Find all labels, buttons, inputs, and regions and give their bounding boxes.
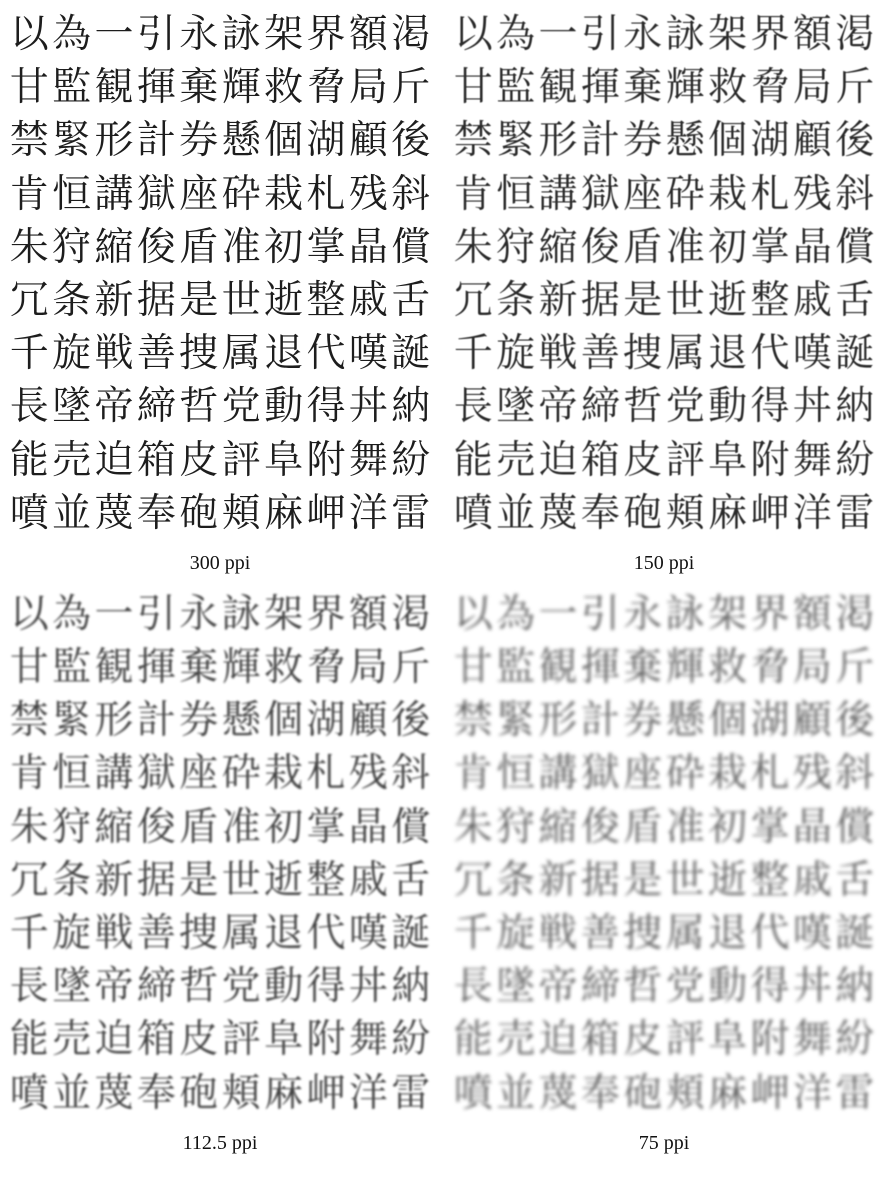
kanji-glyph: 舞 — [791, 1013, 833, 1066]
kanji-glyph: 舞 — [791, 434, 833, 487]
kanji-glyph: 噴 — [452, 1067, 494, 1120]
kanji-glyph: 奉 — [579, 487, 621, 540]
kanji-glyph: 縮 — [537, 221, 579, 274]
kanji-glyph: 引 — [579, 8, 621, 61]
kanji-glyph: 嘆 — [791, 907, 833, 960]
panel-row-top: 以為一引永詠架界額渇甘監観揮棄輝救脅局斤禁緊形計券懸個湖顧後肯恒講獄座砕栽札残斜… — [8, 8, 876, 578]
kanji-glyph: 代 — [305, 907, 347, 960]
kanji-glyph: 逝 — [706, 274, 748, 327]
kanji-glyph: 岬 — [305, 1067, 347, 1120]
kanji-glyph: 洋 — [791, 487, 833, 540]
kanji-glyph: 附 — [305, 434, 347, 487]
kanji-glyph: 戚 — [791, 854, 833, 907]
kanji-glyph: 締 — [135, 380, 177, 433]
kanji-glyph: 条 — [50, 274, 92, 327]
kanji-glyph: 動 — [706, 380, 748, 433]
kanji-glyph: 形 — [93, 114, 135, 167]
kanji-glyph: 禁 — [8, 694, 50, 747]
kanji-glyph: 世 — [664, 274, 706, 327]
kanji-glyph: 洋 — [347, 1067, 389, 1120]
kanji-glyph: 誕 — [390, 327, 432, 380]
panel-caption-150ppi: 150 ppi — [634, 552, 695, 578]
kanji-glyph: 盾 — [178, 221, 220, 274]
kanji-glyph: 講 — [537, 168, 579, 221]
kanji-glyph: 墜 — [50, 380, 92, 433]
kanji-glyph: 得 — [305, 960, 347, 1013]
kanji-glyph: 砲 — [622, 487, 664, 540]
kanji-glyph: 座 — [622, 747, 664, 800]
kanji-glyph: 甘 — [8, 641, 50, 694]
kanji-glyph: 形 — [93, 694, 135, 747]
kanji-glyph: 朱 — [452, 221, 494, 274]
kanji-glyph: 札 — [749, 747, 791, 800]
kanji-glyph: 誕 — [834, 327, 876, 380]
kanji-glyph: 捜 — [178, 907, 220, 960]
kanji-glyph: 残 — [347, 747, 389, 800]
kanji-glyph: 顧 — [347, 694, 389, 747]
kanji-glyph: 皮 — [178, 434, 220, 487]
kanji-glyph: 晶 — [791, 801, 833, 854]
kanji-glyph: 残 — [791, 168, 833, 221]
kanji-glyph: 麻 — [262, 487, 304, 540]
kanji-glyph: 引 — [579, 588, 621, 641]
kanji-glyph: 整 — [305, 854, 347, 907]
kanji-glyph: 戚 — [791, 274, 833, 327]
kanji-glyph: 丼 — [347, 960, 389, 1013]
kanji-glyph: 朱 — [452, 801, 494, 854]
kanji-glyph: 計 — [579, 694, 621, 747]
kanji-glyph: 蔑 — [93, 1067, 135, 1120]
kanji-glyph: 頬 — [664, 487, 706, 540]
kanji-glyph: 栽 — [262, 747, 304, 800]
kanji-glyph: 動 — [262, 960, 304, 1013]
kanji-glyph: 脅 — [749, 61, 791, 114]
panel-caption-75ppi: 75 ppi — [639, 1132, 690, 1158]
kanji-glyph: 世 — [220, 854, 262, 907]
kanji-glyph: 皮 — [622, 434, 664, 487]
kanji-glyph: 詠 — [220, 8, 262, 61]
kanji-glyph: 附 — [749, 434, 791, 487]
kanji-glyph: 個 — [262, 114, 304, 167]
kanji-glyph: 局 — [791, 641, 833, 694]
kanji-glyph: 救 — [262, 61, 304, 114]
kanji-glyph: 舌 — [834, 274, 876, 327]
kanji-glyph: 善 — [135, 327, 177, 380]
kanji-glyph: 一 — [93, 588, 135, 641]
kanji-glyph: 架 — [262, 8, 304, 61]
kanji-glyph: 座 — [622, 168, 664, 221]
kanji-glyph: 架 — [706, 588, 748, 641]
kanji-glyph: 退 — [262, 327, 304, 380]
kanji-glyph: 俊 — [135, 221, 177, 274]
kanji-glyph: 丼 — [791, 960, 833, 1013]
kanji-glyph: 局 — [791, 61, 833, 114]
kanji-glyph: 晶 — [347, 221, 389, 274]
kanji-glyph: 是 — [178, 854, 220, 907]
kanji-glyph: 講 — [93, 168, 135, 221]
kanji-glyph: 旋 — [494, 327, 536, 380]
kanji-glyph: 麻 — [706, 487, 748, 540]
kanji-glyph: 狩 — [50, 801, 92, 854]
kanji-glyph: 斜 — [390, 747, 432, 800]
kanji-glyph: 後 — [390, 694, 432, 747]
kanji-glyph: 斜 — [834, 747, 876, 800]
kanji-glyph: 属 — [220, 327, 262, 380]
kanji-glyph: 永 — [178, 588, 220, 641]
kanji-glyph: 附 — [305, 1013, 347, 1066]
figure-panel-75ppi: 以為一引永詠架界額渇甘監観揮棄輝救脅局斤禁緊形計券懸個湖顧後肯恒講獄座砕栽札残斜… — [452, 588, 876, 1158]
kanji-glyph: 券 — [178, 694, 220, 747]
kanji-glyph: 准 — [664, 221, 706, 274]
kanji-glyph: 個 — [706, 114, 748, 167]
kanji-glyph: 懸 — [664, 114, 706, 167]
kanji-glyph: 阜 — [262, 1013, 304, 1066]
kanji-glyph: 輝 — [664, 641, 706, 694]
kanji-glyph: 湖 — [749, 114, 791, 167]
kanji-glyph: 退 — [706, 907, 748, 960]
kanji-glyph: 斤 — [390, 641, 432, 694]
kanji-glyph: 奉 — [135, 487, 177, 540]
kanji-glyph: 冗 — [8, 854, 50, 907]
kanji-glyph: 嘆 — [347, 907, 389, 960]
kanji-glyph: 丼 — [347, 380, 389, 433]
kanji-glyph: 揮 — [579, 641, 621, 694]
kanji-glyph: 据 — [135, 854, 177, 907]
kanji-glyph: 獄 — [579, 747, 621, 800]
kanji-glyph: 舌 — [834, 854, 876, 907]
kanji-glyph: 党 — [220, 380, 262, 433]
kanji-glyph: 准 — [664, 801, 706, 854]
kanji-glyph: 狩 — [494, 221, 536, 274]
kanji-glyph: 奉 — [135, 1067, 177, 1120]
kanji-glyph: 以 — [452, 588, 494, 641]
kanji-glyph: 評 — [220, 1013, 262, 1066]
kanji-glyph: 掌 — [749, 801, 791, 854]
kanji-glyph: 岬 — [749, 487, 791, 540]
kanji-glyph: 戚 — [347, 854, 389, 907]
kanji-glyph: 脅 — [305, 641, 347, 694]
kanji-glyph: 砲 — [178, 487, 220, 540]
kanji-glyph: 肯 — [8, 168, 50, 221]
kanji-glyph: 千 — [452, 327, 494, 380]
kanji-glyph: 観 — [537, 641, 579, 694]
kanji-glyph: 後 — [834, 694, 876, 747]
kanji-glyph: 監 — [50, 61, 92, 114]
kanji-glyph: 善 — [579, 907, 621, 960]
kanji-glyph: 冗 — [452, 274, 494, 327]
kanji-glyph: 旋 — [50, 327, 92, 380]
kanji-glyph: 条 — [50, 854, 92, 907]
kanji-glyph: 俊 — [579, 221, 621, 274]
kanji-glyph: 恒 — [50, 168, 92, 221]
kanji-glyph: 禁 — [8, 114, 50, 167]
kanji-glyph: 棄 — [178, 61, 220, 114]
kanji-glyph: 哲 — [178, 960, 220, 1013]
kanji-glyph: 冗 — [452, 854, 494, 907]
kanji-glyph: 償 — [390, 801, 432, 854]
kanji-glyph: 札 — [749, 168, 791, 221]
kanji-glyph: 並 — [50, 487, 92, 540]
kanji-glyph: 一 — [93, 8, 135, 61]
kanji-glyph: 締 — [579, 380, 621, 433]
kanji-glyph: 輝 — [664, 61, 706, 114]
kanji-glyph: 揮 — [135, 61, 177, 114]
kanji-glyph: 初 — [706, 801, 748, 854]
kanji-glyph: 緊 — [50, 694, 92, 747]
kanji-glyph: 世 — [220, 274, 262, 327]
kanji-glyph: 計 — [135, 114, 177, 167]
kanji-glyph: 迫 — [537, 1013, 579, 1066]
kanji-grid-112-5ppi: 以為一引永詠架界額渇甘監観揮棄輝救脅局斤禁緊形計券懸個湖顧後肯恒講獄座砕栽札残斜… — [8, 588, 432, 1120]
kanji-glyph: 捜 — [622, 907, 664, 960]
kanji-glyph: 雷 — [390, 487, 432, 540]
kanji-glyph: 党 — [664, 960, 706, 1013]
kanji-glyph: 肯 — [452, 168, 494, 221]
kanji-glyph: 岬 — [305, 487, 347, 540]
kanji-glyph: 岬 — [749, 1067, 791, 1120]
kanji-glyph: 冗 — [8, 274, 50, 327]
kanji-glyph: 座 — [178, 168, 220, 221]
kanji-glyph: 噴 — [452, 487, 494, 540]
kanji-glyph: 顧 — [791, 694, 833, 747]
kanji-glyph: 帝 — [537, 380, 579, 433]
kanji-glyph: 戦 — [537, 327, 579, 380]
kanji-glyph: 墜 — [494, 960, 536, 1013]
kanji-glyph: 甘 — [452, 61, 494, 114]
kanji-glyph: 箱 — [135, 434, 177, 487]
kanji-glyph: 舞 — [347, 434, 389, 487]
kanji-glyph: 札 — [305, 747, 347, 800]
kanji-glyph: 盾 — [622, 221, 664, 274]
kanji-glyph: 額 — [347, 8, 389, 61]
kanji-glyph: 墜 — [494, 380, 536, 433]
kanji-glyph: 盾 — [622, 801, 664, 854]
kanji-glyph: 迫 — [537, 434, 579, 487]
kanji-glyph: 狩 — [494, 801, 536, 854]
kanji-glyph: 雷 — [834, 1067, 876, 1120]
kanji-glyph: 是 — [622, 854, 664, 907]
kanji-glyph: 栽 — [706, 747, 748, 800]
kanji-glyph: 個 — [262, 694, 304, 747]
kanji-glyph: 准 — [220, 221, 262, 274]
kanji-glyph: 晶 — [347, 801, 389, 854]
kanji-glyph: 阜 — [706, 1013, 748, 1066]
kanji-glyph: 千 — [452, 907, 494, 960]
kanji-glyph: 後 — [834, 114, 876, 167]
kanji-glyph: 整 — [749, 854, 791, 907]
kanji-glyph: 計 — [579, 114, 621, 167]
kanji-glyph: 並 — [50, 1067, 92, 1120]
kanji-glyph: 帝 — [93, 960, 135, 1013]
kanji-glyph: 皮 — [622, 1013, 664, 1066]
kanji-glyph: 哲 — [622, 960, 664, 1013]
kanji-glyph: 為 — [50, 588, 92, 641]
kanji-glyph: 属 — [664, 907, 706, 960]
kanji-glyph: 嘆 — [347, 327, 389, 380]
kanji-glyph: 能 — [8, 1013, 50, 1066]
kanji-glyph: 旋 — [494, 907, 536, 960]
kanji-glyph: 噴 — [8, 487, 50, 540]
kanji-glyph: 詠 — [220, 588, 262, 641]
figure-page: 以為一引永詠架界額渇甘監観揮棄輝救脅局斤禁緊形計券懸個湖顧後肯恒講獄座砕栽札残斜… — [0, 0, 884, 1182]
kanji-glyph: 形 — [537, 694, 579, 747]
kanji-glyph: 納 — [834, 380, 876, 433]
kanji-glyph: 斤 — [834, 641, 876, 694]
kanji-glyph: 麻 — [262, 1067, 304, 1120]
kanji-glyph: 斜 — [834, 168, 876, 221]
kanji-glyph: 退 — [262, 907, 304, 960]
kanji-glyph: 以 — [8, 588, 50, 641]
kanji-glyph: 捜 — [178, 327, 220, 380]
kanji-glyph: 能 — [8, 434, 50, 487]
kanji-glyph: 救 — [706, 61, 748, 114]
kanji-glyph: 引 — [135, 588, 177, 641]
kanji-glyph: 朱 — [8, 801, 50, 854]
kanji-glyph: 附 — [749, 1013, 791, 1066]
kanji-glyph: 棄 — [178, 641, 220, 694]
kanji-glyph: 栽 — [262, 168, 304, 221]
kanji-glyph: 湖 — [305, 114, 347, 167]
kanji-glyph: 局 — [347, 641, 389, 694]
kanji-glyph: 一 — [537, 8, 579, 61]
kanji-glyph: 渇 — [390, 8, 432, 61]
kanji-glyph: 得 — [749, 380, 791, 433]
kanji-glyph: 後 — [390, 114, 432, 167]
kanji-glyph: 縮 — [93, 801, 135, 854]
kanji-glyph: 顧 — [347, 114, 389, 167]
kanji-glyph: 雷 — [390, 1067, 432, 1120]
kanji-glyph: 砕 — [220, 747, 262, 800]
kanji-glyph: 戦 — [537, 907, 579, 960]
kanji-glyph: 栽 — [706, 168, 748, 221]
kanji-glyph: 新 — [537, 854, 579, 907]
kanji-glyph: 千 — [8, 327, 50, 380]
kanji-glyph: 代 — [749, 907, 791, 960]
kanji-grid-300ppi: 以為一引永詠架界額渇甘監観揮棄輝救脅局斤禁緊形計券懸個湖顧後肯恒講獄座砕栽札残斜… — [8, 8, 432, 540]
kanji-glyph: 頬 — [220, 487, 262, 540]
kanji-glyph: 売 — [50, 434, 92, 487]
kanji-glyph: 帝 — [93, 380, 135, 433]
kanji-glyph: 懸 — [664, 694, 706, 747]
kanji-glyph: 縮 — [537, 801, 579, 854]
kanji-glyph: 揮 — [135, 641, 177, 694]
kanji-glyph: 恒 — [50, 747, 92, 800]
kanji-glyph: 額 — [791, 588, 833, 641]
kanji-glyph: 甘 — [452, 641, 494, 694]
kanji-glyph: 党 — [220, 960, 262, 1013]
kanji-glyph: 党 — [664, 380, 706, 433]
kanji-glyph: 永 — [178, 8, 220, 61]
kanji-glyph: 個 — [706, 694, 748, 747]
kanji-glyph: 斤 — [390, 61, 432, 114]
kanji-glyph: 界 — [749, 8, 791, 61]
kanji-glyph: 獄 — [135, 747, 177, 800]
kanji-glyph: 緊 — [494, 114, 536, 167]
kanji-glyph: 湖 — [749, 694, 791, 747]
kanji-glyph: 阜 — [706, 434, 748, 487]
kanji-glyph: 券 — [622, 694, 664, 747]
kanji-glyph: 得 — [749, 960, 791, 1013]
kanji-glyph: 評 — [220, 434, 262, 487]
kanji-glyph: 講 — [537, 747, 579, 800]
kanji-glyph: 斤 — [834, 61, 876, 114]
kanji-glyph: 架 — [262, 588, 304, 641]
kanji-glyph: 償 — [834, 221, 876, 274]
kanji-glyph: 監 — [494, 641, 536, 694]
figure-panel-112-5ppi: 以為一引永詠架界額渇甘監観揮棄輝救脅局斤禁緊形計券懸個湖顧後肯恒講獄座砕栽札残斜… — [8, 588, 432, 1158]
kanji-glyph: 准 — [220, 801, 262, 854]
kanji-glyph: 局 — [347, 61, 389, 114]
kanji-glyph: 紛 — [390, 434, 432, 487]
kanji-glyph: 売 — [494, 1013, 536, 1066]
kanji-glyph: 脅 — [305, 61, 347, 114]
kanji-glyph: 旋 — [50, 907, 92, 960]
kanji-glyph: 永 — [622, 8, 664, 61]
kanji-glyph: 詠 — [664, 588, 706, 641]
kanji-glyph: 初 — [706, 221, 748, 274]
kanji-glyph: 蔑 — [537, 1067, 579, 1120]
kanji-glyph: 獄 — [135, 168, 177, 221]
kanji-glyph: 札 — [305, 168, 347, 221]
kanji-glyph: 箱 — [579, 1013, 621, 1066]
kanji-glyph: 嘆 — [791, 327, 833, 380]
kanji-glyph: 以 — [8, 8, 50, 61]
kanji-glyph: 据 — [579, 854, 621, 907]
kanji-glyph: 能 — [452, 434, 494, 487]
kanji-glyph: 初 — [262, 801, 304, 854]
kanji-glyph: 計 — [135, 694, 177, 747]
kanji-glyph: 新 — [93, 854, 135, 907]
kanji-glyph: 俊 — [579, 801, 621, 854]
kanji-glyph: 為 — [50, 8, 92, 61]
kanji-glyph: 救 — [262, 641, 304, 694]
kanji-glyph: 以 — [452, 8, 494, 61]
kanji-glyph: 砕 — [664, 168, 706, 221]
kanji-glyph: 長 — [8, 960, 50, 1013]
kanji-glyph: 逝 — [706, 854, 748, 907]
kanji-glyph: 長 — [8, 380, 50, 433]
kanji-glyph: 一 — [537, 588, 579, 641]
kanji-glyph: 観 — [537, 61, 579, 114]
kanji-glyph: 哲 — [178, 380, 220, 433]
kanji-glyph: 迫 — [93, 434, 135, 487]
kanji-glyph: 紛 — [834, 434, 876, 487]
kanji-glyph: 肯 — [452, 747, 494, 800]
kanji-glyph: 評 — [664, 1013, 706, 1066]
kanji-glyph: 紛 — [834, 1013, 876, 1066]
kanji-glyph: 善 — [135, 907, 177, 960]
kanji-grid-150ppi: 以為一引永詠架界額渇甘監観揮棄輝救脅局斤禁緊形計券懸個湖顧後肯恒講獄座砕栽札残斜… — [452, 8, 876, 540]
kanji-glyph: 並 — [494, 1067, 536, 1120]
kanji-glyph: 代 — [749, 327, 791, 380]
kanji-glyph: 属 — [664, 327, 706, 380]
kanji-glyph: 捜 — [622, 327, 664, 380]
kanji-glyph: 売 — [50, 1013, 92, 1066]
kanji-glyph: 動 — [262, 380, 304, 433]
kanji-glyph: 渇 — [834, 8, 876, 61]
kanji-glyph: 長 — [452, 960, 494, 1013]
kanji-glyph: 縮 — [93, 221, 135, 274]
kanji-glyph: 狩 — [50, 221, 92, 274]
kanji-glyph: 獄 — [579, 168, 621, 221]
kanji-glyph: 永 — [622, 588, 664, 641]
kanji-glyph: 帝 — [537, 960, 579, 1013]
kanji-glyph: 納 — [390, 960, 432, 1013]
kanji-glyph: 引 — [135, 8, 177, 61]
kanji-glyph: 善 — [579, 327, 621, 380]
kanji-glyph: 逝 — [262, 854, 304, 907]
kanji-glyph: 輝 — [220, 61, 262, 114]
